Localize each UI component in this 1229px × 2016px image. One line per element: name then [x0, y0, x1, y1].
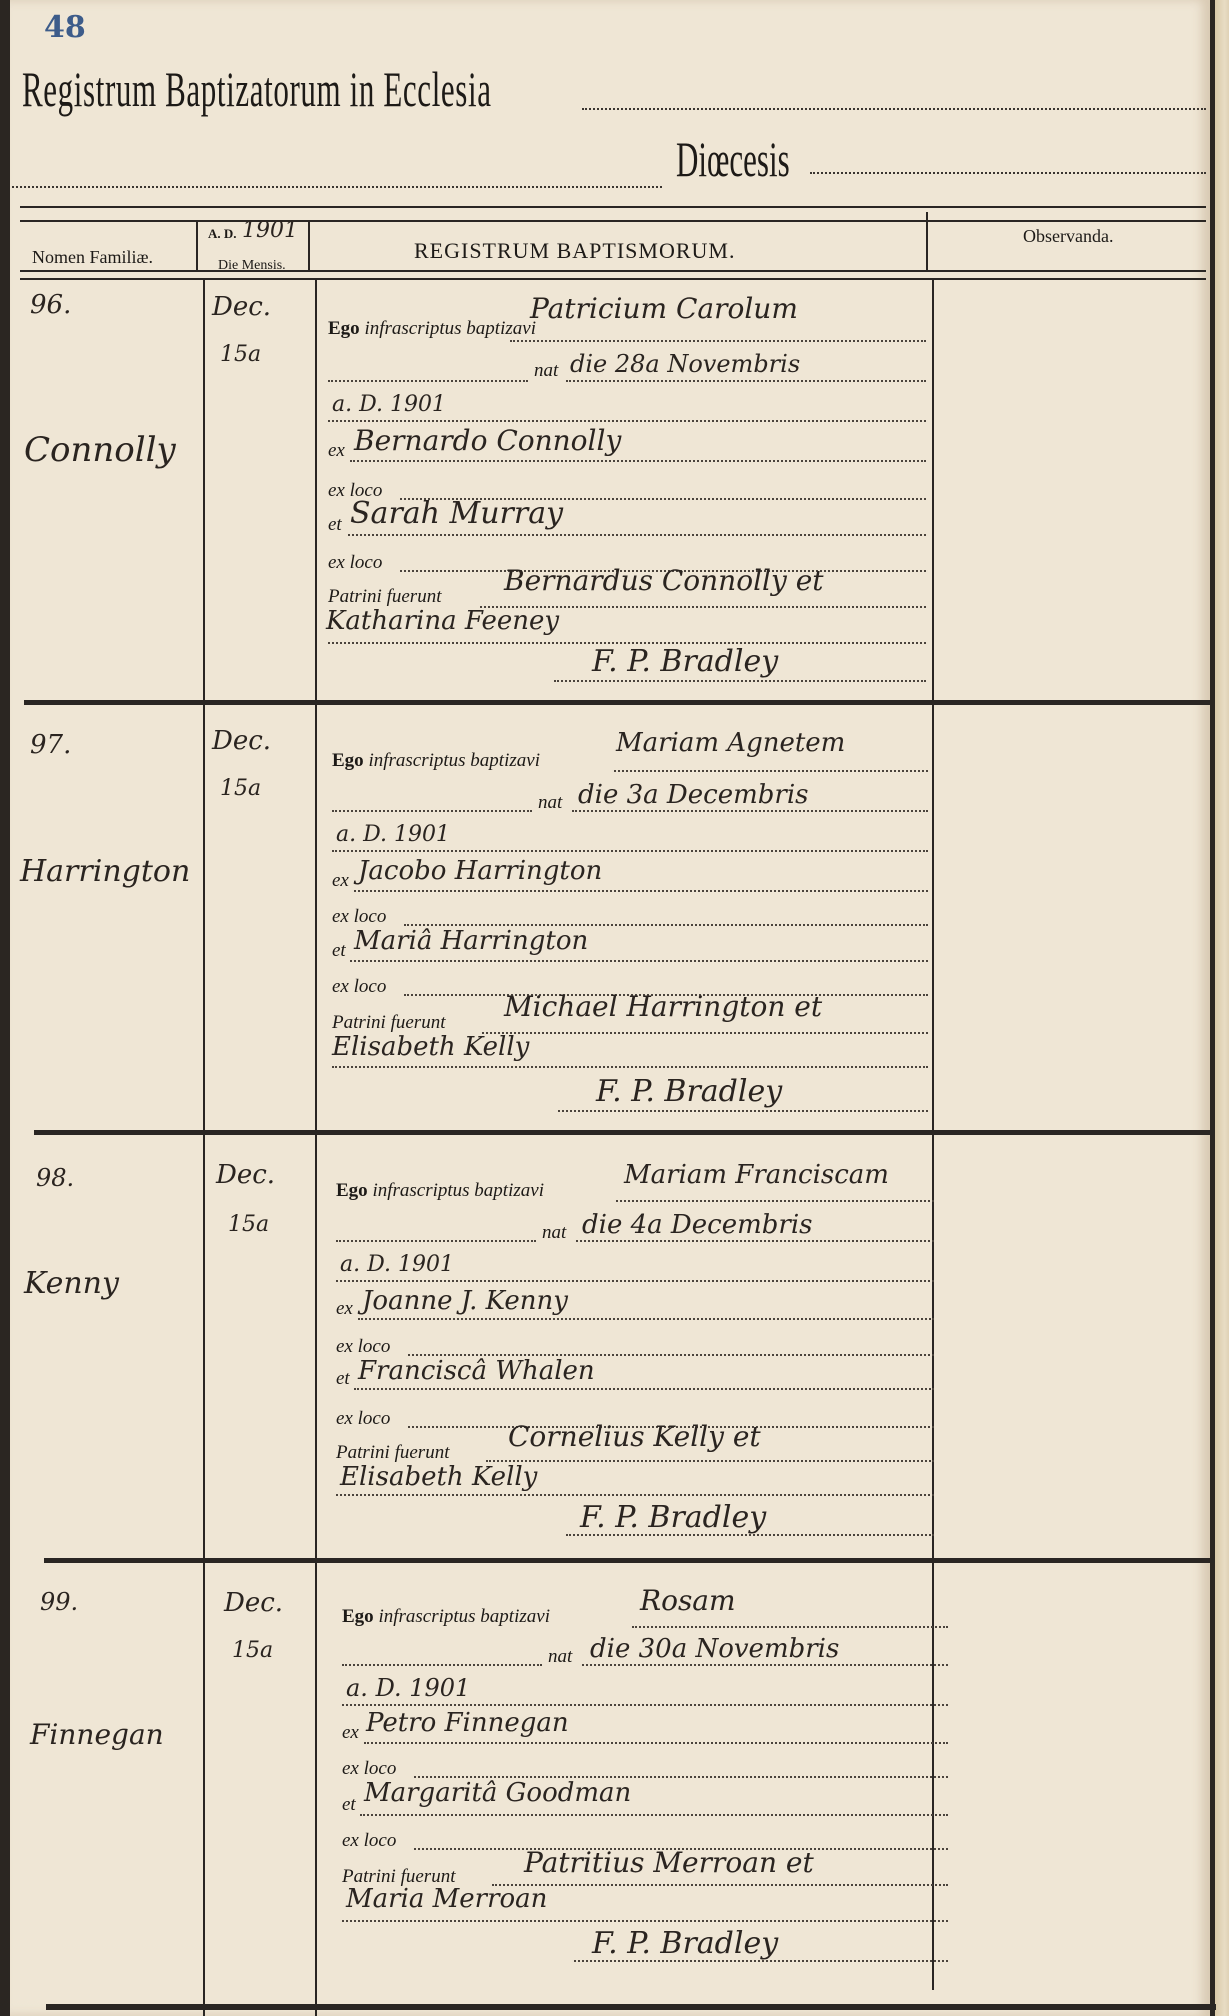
label-ex-loco: ex loco — [328, 552, 382, 574]
form-rule — [572, 810, 928, 812]
entry-day: 15a — [220, 342, 261, 367]
diocese-name-line — [12, 186, 662, 188]
column-line-date — [315, 280, 317, 2016]
page-number: 48 — [44, 10, 86, 45]
form-rule — [336, 1494, 934, 1496]
register-title: Registrum Baptizatorum in Ecclesia — [22, 60, 492, 118]
label-patrini: Patrini fuerunt — [332, 1012, 445, 1034]
form-rule — [558, 1110, 928, 1112]
mother-name: Margaritâ Goodman — [364, 1778, 631, 1808]
form-rule — [354, 1388, 934, 1390]
label-patrini: Patrini fuerunt — [336, 1442, 449, 1464]
entry-separator — [44, 1558, 1214, 1563]
label-baptizavi: Ego infrascriptus baptizavi — [342, 1606, 550, 1628]
form-rule — [358, 1318, 934, 1320]
label-ex-loco: ex loco — [342, 1830, 396, 1852]
page-edge — [1215, 0, 1229, 2016]
header-divider-3 — [926, 212, 928, 270]
entry-family-name: Connolly — [24, 430, 176, 470]
header-die-mensis: Die Mensis. — [218, 258, 286, 274]
entry-month: Dec. — [224, 1588, 283, 1618]
birth-year: a. D. 1901 — [336, 822, 450, 847]
church-name-line — [582, 108, 1206, 110]
register-page: 48 Registrum Baptizatorum in Ecclesia Di… — [10, 0, 1210, 2016]
header-register: REGISTRUM BAPTISMORUM. — [414, 238, 736, 264]
form-rule — [614, 770, 928, 772]
mother-name: Sarah Murray — [350, 496, 563, 531]
father-name: Jacobo Harrington — [358, 856, 602, 886]
form-rule — [332, 850, 928, 852]
sponsors-line-2: Katharina Feeney — [326, 606, 559, 636]
label-patrini: Patrini fuerunt — [328, 586, 441, 608]
label-et: et — [328, 514, 342, 536]
sponsors-line-2: Maria Merroan — [346, 1884, 547, 1914]
form-rule — [328, 380, 528, 382]
entry-separator-bottom — [46, 2004, 1216, 2010]
form-rule — [342, 1704, 948, 1706]
column-line-family — [203, 280, 205, 2016]
form-rule — [348, 534, 926, 536]
baptized-name: Mariam Franciscam — [624, 1160, 889, 1190]
label-ex: ex — [332, 870, 349, 892]
label-nat: nat — [542, 1222, 566, 1244]
birth-year: a. D. 1901 — [346, 1674, 470, 1702]
label-et: et — [342, 1794, 356, 1816]
header-divider-1 — [196, 222, 198, 272]
entry-number: 99. — [40, 1588, 78, 1616]
sponsors-line-2: Elisabeth Kelly — [340, 1462, 537, 1492]
sponsors-line-1: Bernardus Connolly et — [504, 564, 824, 597]
birth-date: die 3a Decembris — [578, 780, 808, 810]
diocese-trailing-line — [810, 172, 1206, 174]
form-rule — [554, 680, 926, 682]
father-name: Bernardo Connolly — [354, 424, 621, 457]
mother-name: Mariâ Harrington — [354, 926, 588, 956]
form-rule — [482, 1032, 928, 1034]
form-rule — [360, 1814, 948, 1816]
label-ex: ex — [328, 440, 345, 462]
label-ex: ex — [336, 1298, 353, 1320]
form-rule — [582, 1664, 948, 1666]
form-rule — [616, 1200, 934, 1202]
mother-name: Franciscâ Whalen — [358, 1356, 595, 1386]
label-ex-loco: ex loco — [332, 976, 386, 998]
form-rule — [574, 1960, 948, 1962]
priest-signature: F. P. Bradley — [592, 644, 778, 679]
birth-date: die 28a Novembris — [570, 350, 800, 378]
column-line-register — [932, 280, 934, 1990]
form-rule — [566, 1534, 934, 1536]
form-rule — [350, 460, 926, 462]
header-divider-2 — [308, 222, 310, 272]
entry-separator — [24, 700, 1210, 705]
baptized-name: Mariam Agnetem — [616, 728, 845, 758]
sponsors-line-1: Patritius Merroan et — [524, 1846, 814, 1879]
father-name: Joanne J. Kenny — [362, 1286, 568, 1316]
header-ad: A. D. — [208, 226, 237, 242]
label-ex-loco: ex loco — [332, 906, 386, 928]
form-rule — [336, 1240, 536, 1242]
baptized-name: Patricium Carolum — [530, 292, 798, 325]
form-rule — [350, 960, 928, 962]
label-ex-loco: ex loco — [336, 1336, 390, 1358]
baptized-name: Rosam — [640, 1584, 736, 1617]
header-year: 1901 — [242, 218, 298, 243]
birth-year: a. D. 1901 — [332, 392, 446, 417]
entry-family-name: Harrington — [20, 854, 190, 889]
sponsors-line-1: Michael Harrington et — [504, 990, 822, 1023]
form-rule — [364, 1742, 948, 1744]
label-nat: nat — [538, 792, 562, 814]
birth-date: die 30a Novembris — [590, 1634, 839, 1664]
sponsors-line-2: Elisabeth Kelly — [332, 1032, 529, 1062]
priest-signature: F. P. Bradley — [580, 1500, 766, 1535]
birth-year: a. D. 1901 — [340, 1252, 454, 1277]
form-rule — [354, 890, 928, 892]
entry-month: Dec. — [212, 292, 271, 322]
form-rule — [576, 1240, 934, 1242]
header-family: Nomen Familiæ. — [32, 247, 153, 268]
form-rule — [328, 420, 926, 422]
form-rule — [510, 340, 926, 342]
form-rule — [566, 380, 926, 382]
label-baptizavi: Ego infrascriptus baptizavi — [328, 318, 536, 340]
entry-number: 97. — [30, 730, 71, 760]
header-rule-bottom-2 — [20, 278, 1206, 280]
form-rule — [336, 1280, 934, 1282]
form-rule — [492, 1884, 948, 1886]
form-rule — [332, 810, 532, 812]
label-et: et — [336, 1368, 350, 1390]
entry-day: 15a — [220, 776, 261, 801]
birth-date: die 4a Decembris — [582, 1210, 812, 1240]
label-ex-loco: ex loco — [342, 1758, 396, 1780]
entry-day: 15a — [232, 1638, 273, 1663]
form-rule — [486, 1460, 934, 1462]
entry-separator — [34, 1130, 1214, 1135]
label-baptizavi: Ego infrascriptus baptizavi — [332, 750, 540, 772]
form-rule — [632, 1626, 948, 1628]
form-rule — [342, 1920, 948, 1922]
father-name: Petro Finnegan — [366, 1708, 569, 1738]
entry-number: 98. — [36, 1164, 74, 1192]
entry-day: 15a — [228, 1212, 269, 1237]
header-observanda: Observanda. — [1023, 226, 1113, 247]
diocese-label: Diœcesis — [676, 130, 790, 188]
label-ex: ex — [342, 1722, 359, 1744]
label-ex-loco: ex loco — [336, 1408, 390, 1430]
entry-family-name: Finnegan — [30, 1718, 164, 1751]
priest-signature: F. P. Bradley — [592, 1926, 778, 1961]
priest-signature: F. P. Bradley — [596, 1074, 782, 1109]
sponsors-line-1: Cornelius Kelly et — [508, 1420, 761, 1453]
label-nat: nat — [534, 360, 558, 382]
label-et: et — [332, 940, 346, 962]
label-nat: nat — [548, 1646, 572, 1668]
entry-number: 96. — [30, 290, 71, 320]
header-rule-top-1 — [20, 206, 1206, 208]
entry-family-name: Kenny — [24, 1266, 119, 1301]
entry-month: Dec. — [216, 1160, 275, 1190]
form-rule — [332, 1066, 928, 1068]
form-rule — [342, 1664, 542, 1666]
label-baptizavi: Ego infrascriptus baptizavi — [336, 1180, 544, 1202]
entry-month: Dec. — [212, 726, 271, 756]
